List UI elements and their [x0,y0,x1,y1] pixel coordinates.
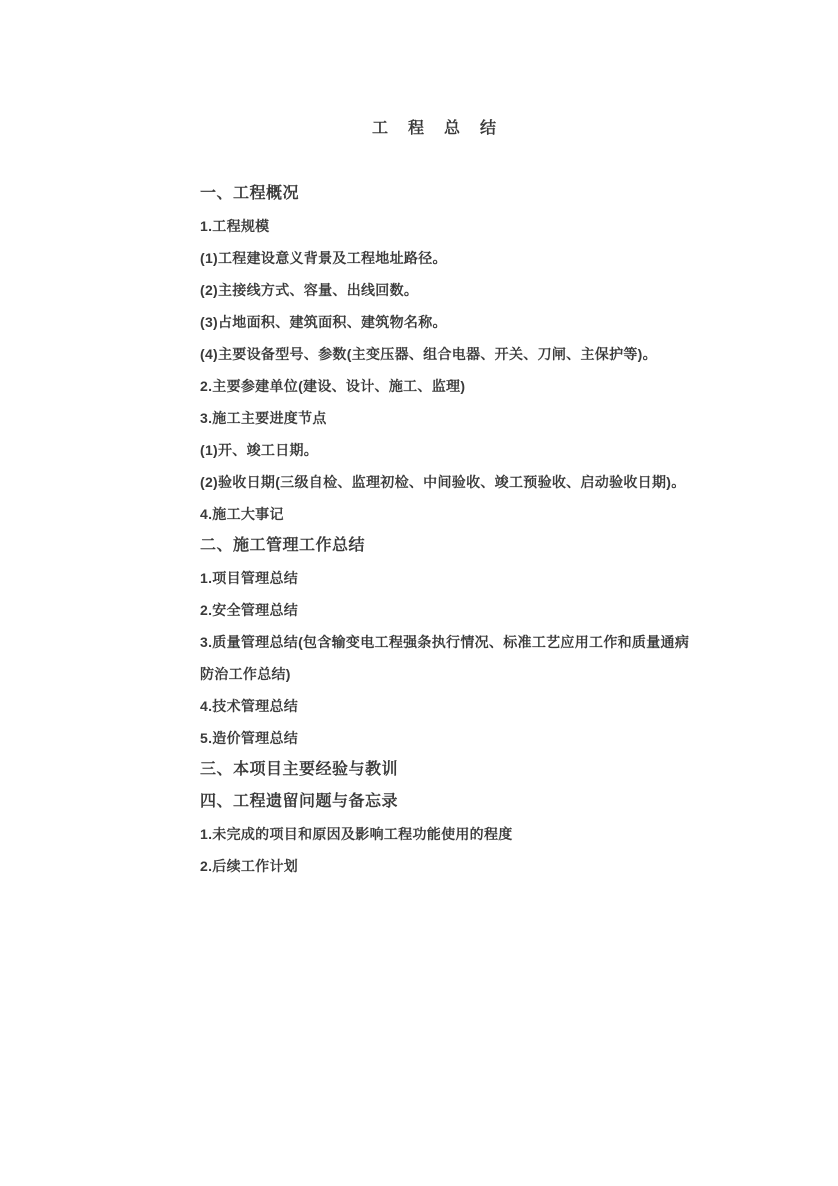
section-heading: 四、工程遗留问题与备忘录 [200,786,702,818]
outline-item: (1)工程建设意义背景及工程地址路径。 [200,242,702,274]
outline-item: 2.后续工作计划 [200,850,702,882]
document-title: 工 程 总 结 [200,113,670,145]
outline-item: 3.质量管理总结(包含输变电工程强条执行情况、标准工艺应用工作和质量通病防治工作… [200,626,702,690]
section-heading: 三、本项目主要经验与教训 [200,754,702,786]
outline-item: 3.施工主要进度节点 [200,402,702,434]
outline-item: 1.未完成的项目和原因及影响工程功能使用的程度 [200,818,702,850]
document-page: 工 程 总 结 一、工程概况1.工程规模(1)工程建设意义背景及工程地址路径。(… [0,0,838,1186]
outline-item: 1.工程规模 [200,210,702,242]
outline-item: (2)验收日期(三级自检、监理初检、中间验收、竣工预验收、启动验收日期)。 [200,466,702,498]
outline-item: 2.安全管理总结 [200,594,702,626]
outline-item: 5.造价管理总结 [200,722,702,754]
section-heading: 一、工程概况 [200,178,702,210]
section-heading: 二、施工管理工作总结 [200,530,702,562]
outline-item: (1)开、竣工日期。 [200,434,702,466]
outline-item: 1.项目管理总结 [200,562,702,594]
outline-item: (3)占地面积、建筑面积、建筑物名称。 [200,306,702,338]
outline-item: (2)主接线方式、容量、出线回数。 [200,274,702,306]
outline-item: 4.技术管理总结 [200,690,702,722]
outline-item: (4)主要设备型号、参数(主变压器、组合电器、开关、刀闸、主保护等)。 [200,338,702,370]
outline-item: 2.主要参建单位(建设、设计、施工、监理) [200,370,702,402]
outline-item: 4.施工大事记 [200,498,702,530]
document-body: 一、工程概况1.工程规模(1)工程建设意义背景及工程地址路径。(2)主接线方式、… [200,178,702,882]
